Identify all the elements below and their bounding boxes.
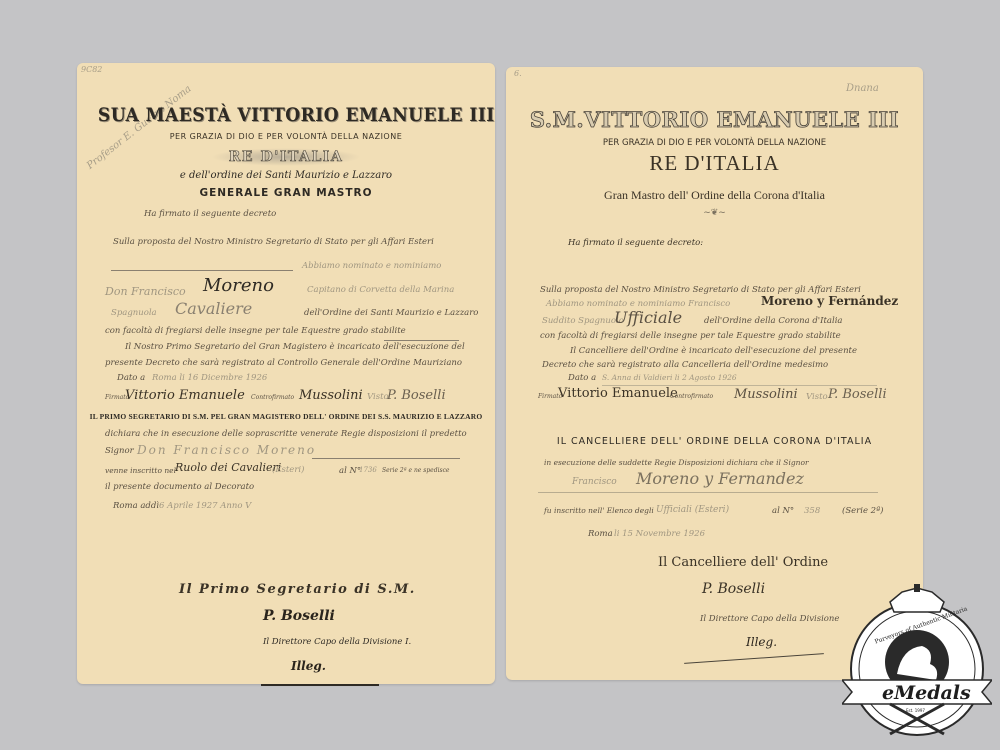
decree-intro: Ha firmato il seguente decreto:	[568, 238, 703, 248]
recipient-prefix: Don Francisco	[105, 285, 186, 298]
recipient-nationality: Spagnuola	[111, 308, 157, 318]
series: (Serie 2ª)	[842, 506, 883, 516]
execution-line-2: Decreto che sarà registrato alla Cancell…	[542, 360, 828, 370]
countersigned-label: Controfirmato	[670, 393, 713, 400]
dated-value: S. Anna di Valdieri li 2 Agosto 1926	[602, 373, 737, 382]
grand-master-title: Gran Mastro dell' Ordine della Corona d'…	[506, 188, 923, 203]
recipient-surname: Moreno	[203, 275, 274, 296]
countersigned-name: Mussolini	[734, 387, 798, 402]
decree-intro: Ha firmato il seguente decreto	[144, 209, 276, 219]
execution-line-1: Il Cancelliere dell'Ordine è incaricato …	[570, 346, 857, 356]
emedals-seal-icon	[842, 584, 992, 744]
inscribed-label: fu inscritto nell' Elenco degli	[544, 506, 654, 515]
declaration-line: in esecuzione delle suddette Regie Dispo…	[544, 458, 809, 467]
order-name: dell'Ordine dei Santi Maurizio e Lazzaro	[304, 308, 478, 318]
award-grade: Cavaliere	[175, 299, 252, 318]
king-title: RE D'ITALIA	[506, 151, 923, 176]
inscribed-label: venne inscritto nel	[105, 466, 176, 475]
king-title: RE D'ITALIA	[211, 148, 361, 166]
pencil-corner-mark: 9C82	[81, 65, 102, 74]
recipient-nationality: Suddito Spagnuolo	[542, 316, 624, 326]
grand-master-title: GENERALE GRAN MASTRO	[77, 187, 495, 199]
signatory-title: Il Cancelliere dell' Ordine	[658, 555, 828, 570]
place-date-label: Roma addì	[113, 501, 159, 511]
ornament-divider: ~❦~	[506, 208, 923, 218]
director-title: Il Direttore Capo della Divisione I.	[263, 637, 411, 647]
place-date-value: li 15 Novembre 1926	[614, 529, 705, 539]
number-label: al N°	[772, 506, 794, 516]
order-line: e dell'ordine dei Santi Maurizio e Lazza…	[77, 170, 495, 181]
signor-name: Moreno y Fernandez	[636, 469, 804, 488]
declaration-line: dichiara che in esecuzione delle soprasc…	[105, 429, 467, 439]
order-name: dell'Ordine della Corona d'Italia	[704, 316, 843, 326]
signatory-title: Il Primo Segretario di S.M.	[179, 582, 416, 597]
visto-name: P. Boselli	[387, 388, 446, 403]
ruolo-name: Ruolo dei Cavalieri	[175, 461, 281, 474]
signed-king: Vittorio Emanuele	[125, 388, 245, 403]
countersigned-name: Mussolini	[299, 388, 363, 403]
dated-value: Roma li 16 Dicembre 1926	[152, 373, 267, 383]
recipient-surname: Moreno y Fernández	[761, 294, 898, 308]
pencil-corner-mark: 6.	[514, 69, 522, 78]
signature-boselli: P. Boselli	[702, 581, 765, 597]
present-document-line: il presente documento al Decorato	[105, 482, 254, 492]
recipient-rank: Capitano di Corvetta della Marina	[307, 285, 454, 295]
number-value: 358	[804, 506, 820, 516]
emedals-watermark-logo: eMedals Purveyors of Authentic Militaria…	[842, 584, 992, 744]
signed-king: Vittorio Emanuele	[558, 386, 678, 401]
number-value: 1736	[359, 466, 377, 474]
signor-name: Don Francisco Moreno	[137, 443, 316, 457]
ruolo-type: (Esteri)	[272, 465, 304, 475]
document-subtitle: PER GRAZIA DI DIO E PER VOLONTÀ DELLA NA…	[77, 132, 495, 141]
pencil-note: Dnana	[846, 83, 879, 94]
execution-line-2: presente Decreto che sarà registrato al …	[105, 358, 462, 368]
visto-name: P. Boselli	[828, 387, 887, 402]
series-text: Serie 2ª e ne spedisce	[382, 467, 449, 474]
visto-label: Visto	[806, 392, 828, 402]
secretary-heading: IL PRIMO SEGRETARIO DI S.M. PEL GRAN MAG…	[77, 412, 495, 421]
chancellor-heading: IL CANCELLIERE DELL' ORDINE DELLA CORONA…	[506, 436, 923, 447]
decree-line-2: Abbiamo nominato e nominiamo	[302, 261, 441, 271]
signature-boselli: P. Boselli	[263, 608, 335, 624]
signor-label: Signor	[105, 446, 134, 456]
certificate-saints-maurice-lazarus: 9C82 Profesor E. Guerra Noma SUA MAESTÀ …	[77, 63, 495, 684]
signor-first-name: Francisco	[572, 477, 617, 487]
countersigned-label: Controfirmato	[251, 394, 294, 401]
signature-director: Illeg.	[291, 659, 326, 673]
document-subtitle: PER GRAZIA DI DIO E PER VOLONTÀ DELLA NA…	[506, 138, 923, 148]
decree-line-1: Sulla proposta del Nostro Ministro Segre…	[113, 237, 434, 247]
dated-label: Dato a	[568, 373, 596, 383]
place-date-value: 6 Aprile 1927 Anno V	[159, 501, 251, 511]
execution-line-1: Il Nostro Primo Segretario del Gran Magi…	[125, 342, 465, 352]
visto-label: Visto	[367, 392, 389, 402]
document-title: S.M.VITTORIO EMANUELE III	[506, 107, 923, 132]
list-name: Ufficiali (Esteri)	[656, 505, 729, 515]
number-label: al N°	[339, 466, 361, 476]
document-title: SUA MAESTÀ VITTORIO EMANUELE III	[98, 104, 474, 126]
dated-label: Dato a	[117, 373, 145, 383]
brand-established: Est. 1997	[906, 708, 925, 713]
place-date-label: Roma	[588, 529, 613, 539]
privilege-line: con facoltà di fregiarsi delle insegne p…	[105, 326, 406, 336]
brand-name: eMedals	[882, 682, 971, 704]
privilege-line: con facoltà di fregiarsi delle insegne p…	[540, 331, 841, 341]
signature-director: Illeg.	[746, 635, 777, 649]
director-title: Il Direttore Capo della Divisione	[700, 614, 839, 624]
award-grade: Ufficiale	[614, 308, 682, 327]
